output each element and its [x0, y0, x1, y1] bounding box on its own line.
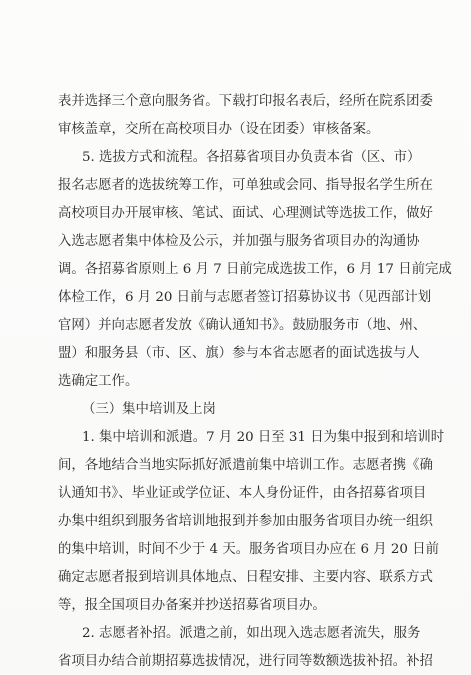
document-page: 表并选择三个意向服务省。下载打印报名表后，经所在院系团委 审核盖章，交所在高校项… — [0, 0, 471, 675]
paragraph-2-heading-line: 2. 志愿者补招。派遣之前，如出现入选志愿者流失，服务 — [82, 623, 419, 645]
text-line: 办集中组织到服务省培训地报到并参加由服务省项目办统一组织 — [58, 511, 419, 533]
text-line: 调。各招募省原则上 6 月 7 日前完成选拔工作，6 月 17 日前完成 — [58, 259, 419, 281]
text-line: 体检工作，6 月 20 日前与志愿者签订招募协议书（见西部计划 — [58, 287, 419, 309]
text-line: 认通知书》、毕业证或学位证、本人身份证件，由各招募省项目 — [58, 483, 419, 505]
section-heading: （三）集中培训及上岗 — [82, 399, 216, 421]
text-line: 的集中培训，时间不少于 4 天。服务省项目办应在 6 月 20 日前 — [58, 539, 419, 561]
text-line: 审核盖章，交所在高校项目办（设在团委）审核备案。 — [58, 119, 419, 141]
paragraph-1-heading-line: 1. 集中培训和派遣。7 月 20 日至 31 日为集中报到和培训时 — [82, 427, 419, 449]
text-line: 高校项目办开展审核、笔试、面试、心理测试等选拔工作，做好 — [58, 203, 419, 225]
text-line: 入选志愿者集中体检及公示，并加强与服务省项目办的沟通协 — [58, 231, 419, 253]
text-line: 盟）和服务县（市、区、旗）参与本省志愿者的面试选拔与人 — [58, 343, 419, 365]
text-line: 报名志愿者的选拔统筹工作，可单独或会同、指导报名学生所在 — [58, 175, 419, 197]
text-line: 确定志愿者报到培训具体地点、日程安排、主要内容、联系方式 — [58, 567, 419, 589]
text-line: 省项目办结合前期招募选拔情况，进行同等数额选拔补招。补招 — [58, 651, 419, 673]
text-line: 等，报全国项目办备案并抄送招募省项目办。 — [58, 595, 419, 617]
text-line: 间，各地结合当地实际抓好派遣前集中培训工作。志愿者携《确 — [58, 455, 419, 477]
text-line: 选确定工作。 — [58, 371, 419, 393]
text-line: 官网）并向志愿者发放《确认通知书》。鼓励服务市（地、州、 — [58, 315, 419, 337]
text-line: 表并选择三个意向服务省。下载打印报名表后，经所在院系团委 — [58, 91, 419, 113]
paragraph-5-heading-line: 5. 选拔方式和流程。各招募省项目办负责本省（区、市） — [82, 147, 419, 169]
